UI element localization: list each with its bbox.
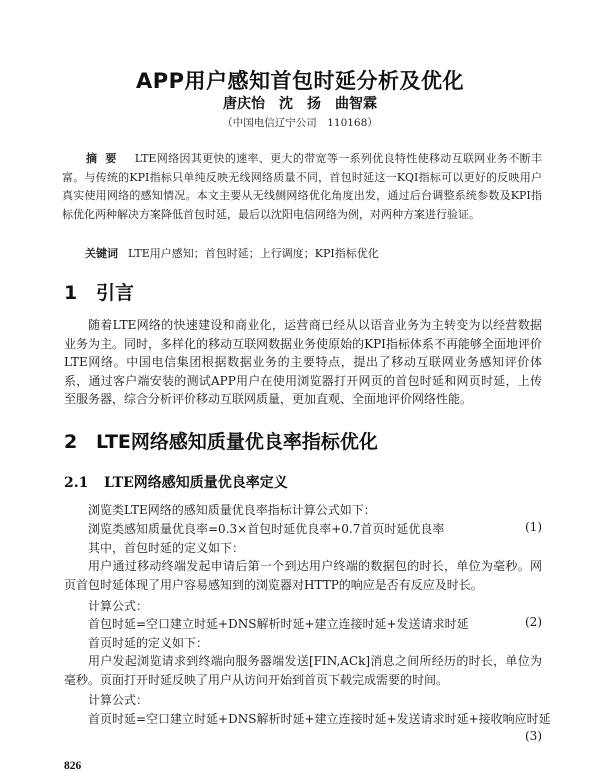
abstract-text: LTE网络因其更快的速率、更大的带宽等一系列优良特性使移动互联网业务不断丰富。与… — [62, 152, 542, 221]
paper-title: APP用户感知首包时延分析及优化 — [0, 65, 600, 95]
subsection-heading-2-1: 2.1LTE网络感知质量优良率定义 — [64, 472, 288, 492]
equation-text: 首页时延=空口建立时延+DNS解析时延+建立连接时延+发送请求时延+接收响应时延 — [88, 712, 551, 726]
keywords-label: 关键词 — [85, 247, 118, 260]
equation-2: 首包时延=空口建立时延+DNS解析时延+建立连接时延+发送请求时延 (2) — [88, 615, 542, 632]
keywords-text: LTE用户感知；首包时延；上行调度；KPI指标优化 — [128, 247, 379, 260]
equation-1: 浏览类感知质量优良率=0.3×首包时延优良率+0.7首页时延优良率 (1) — [88, 520, 542, 537]
equation-text: 浏览类感知质量优良率=0.3×首包时延优良率+0.7首页时延优良率 — [88, 522, 444, 536]
calc-label-1: 计算公式： — [88, 597, 148, 614]
section-number: 1 — [64, 282, 96, 304]
paragraph: 随着LTE网络的快速建设和商业化，运营商已经从以语音业务为主转变为以经营数据业务… — [64, 316, 542, 409]
paragraph: 用户通过移动终端发起申请后第一个到达用户终端的数据包的时长，单位为毫秒。网页首包… — [64, 557, 542, 594]
equation-text: 首包时延=空口建立时延+DNS解析时延+建立连接时延+发送请求时延 — [88, 617, 469, 631]
keywords: 关键词LTE用户感知；首包时延；上行调度；KPI指标优化 — [85, 245, 379, 261]
first-page-def: 用户发起浏览请求到终端向服务器端发送[FIN,ACk]消息之间所经历的时长，单位… — [64, 652, 542, 689]
section-heading-2: 2LTE网络感知质量优良率指标优化 — [64, 427, 378, 454]
section-heading-1: 1引言 — [64, 278, 134, 305]
section-title: 引言 — [96, 282, 134, 304]
equation-number: (3) — [525, 729, 542, 743]
paragraph: 用户发起浏览请求到终端向服务器端发送[FIN,ACk]消息之间所经历的时长，单位… — [64, 652, 542, 689]
equation-number: (1) — [525, 520, 542, 534]
subsection-title: LTE网络感知质量优良率定义 — [104, 475, 288, 491]
page-number: 826 — [64, 760, 81, 772]
abstract-label: 摘要 — [86, 152, 125, 165]
first-packet-def: 用户通过移动终端发起申请后第一个到达用户终端的数据包的时长，单位为毫秒。网页首包… — [64, 557, 542, 594]
paper-authors: 唐庆怡 沈 扬 曲智霖 — [0, 93, 600, 113]
paper-affiliation: （中国电信辽宁公司 110168） — [0, 115, 600, 130]
section-title: LTE网络感知质量优良率指标优化 — [96, 431, 378, 453]
first-page-def-label: 首页时延的定义如下： — [88, 634, 208, 651]
calc-label-2: 计算公式： — [88, 691, 148, 708]
subsection-number: 2.1 — [64, 475, 104, 491]
abstract: 摘要LTE网络因其更快的速率、更大的带宽等一系列优良特性使移动互联网业务不断丰富… — [62, 150, 542, 224]
section-number: 2 — [64, 431, 96, 453]
formula-intro: 浏览类LTE网络的感知质量优良率指标计算公式如下： — [88, 501, 376, 518]
first-packet-def-label: 其中，首包时延的定义如下： — [88, 539, 244, 556]
equation-3: 首页时延=空口建立时延+DNS解析时延+建立连接时延+发送请求时延+接收响应时延… — [88, 710, 542, 750]
section-1-body: 随着LTE网络的快速建设和商业化，运营商已经从以语音业务为主转变为以经营数据业务… — [64, 316, 542, 409]
equation-number: (2) — [525, 615, 542, 629]
